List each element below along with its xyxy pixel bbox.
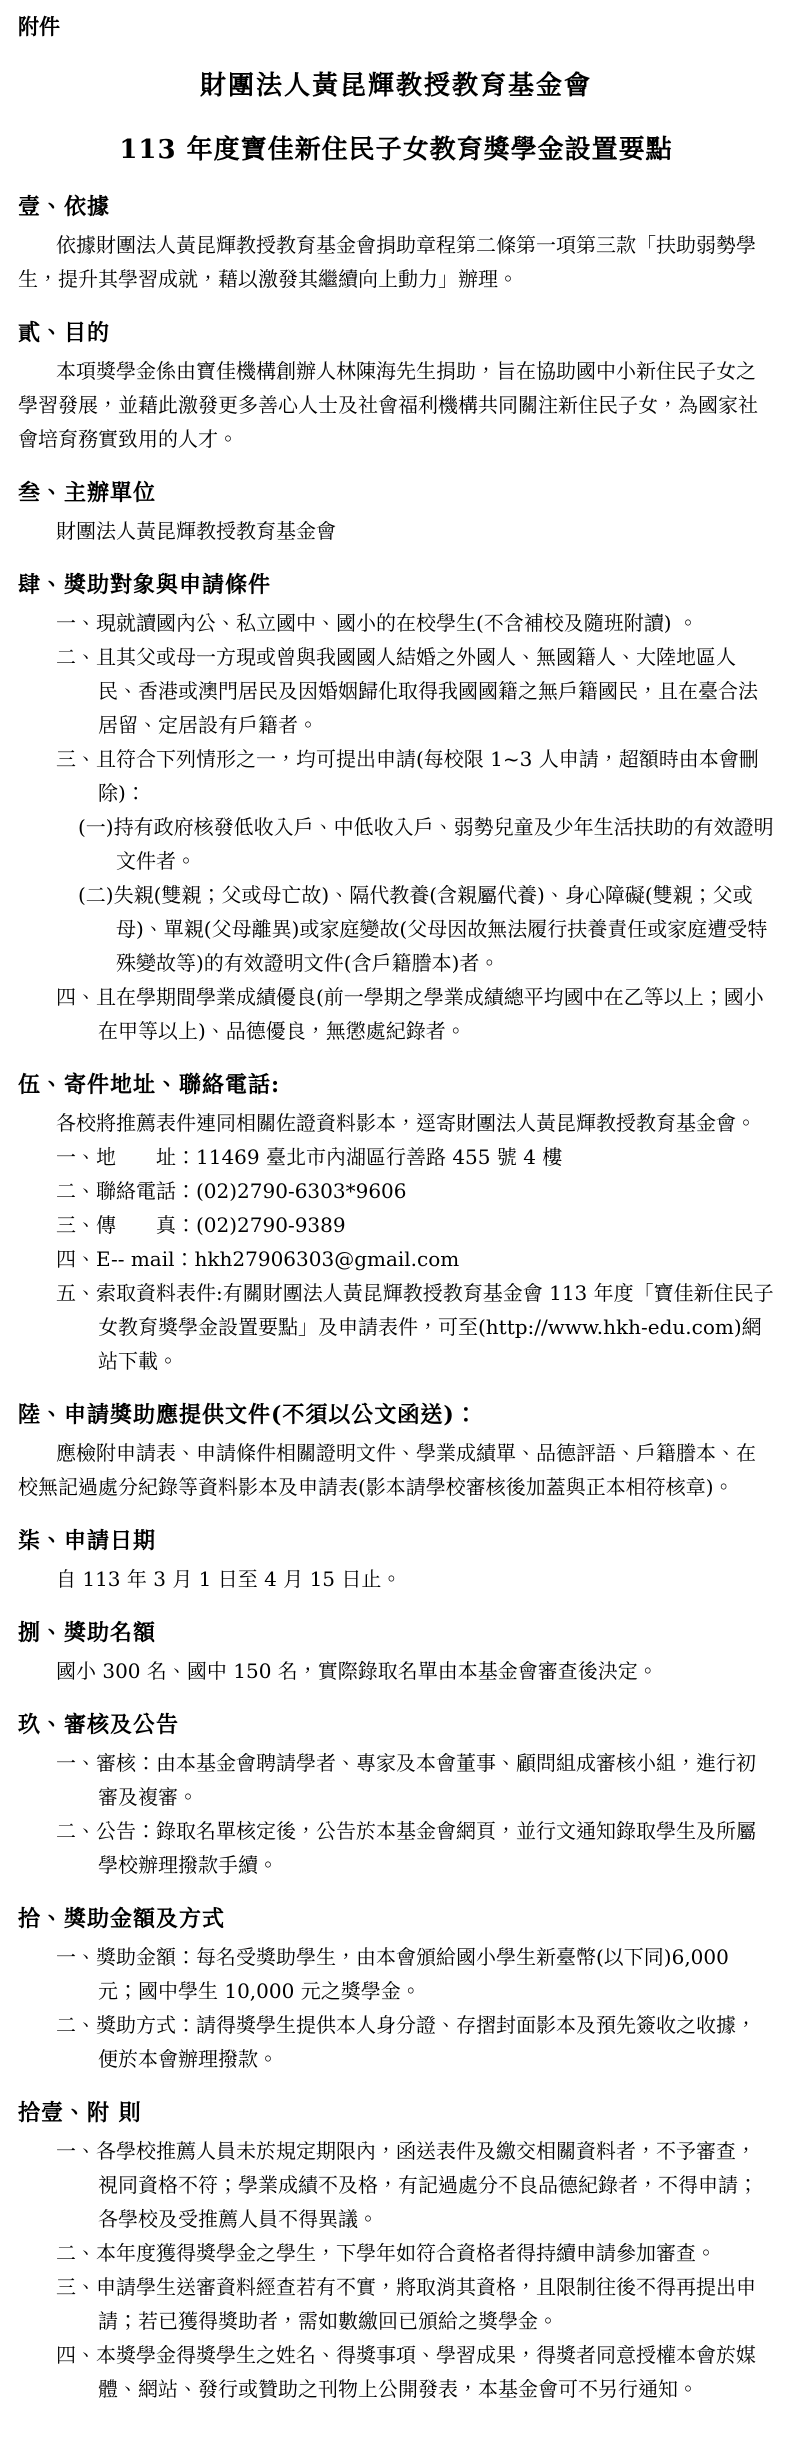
- paragraph: 依據財團法人黃昆輝教授教育基金會捐助章程第二條第一項第三款「扶助弱勢學生，提升其…: [18, 228, 774, 296]
- section-heading: 貳、目的: [18, 316, 774, 350]
- section-heading: 肆、獎助對象與申請條件: [18, 568, 774, 602]
- list-item: 二、本年度獲得獎學金之學生，下學年如符合資格者得持續申請參加審查。: [56, 2236, 774, 2270]
- list-item: 二、公告：錄取名單核定後，公告於本基金會網頁，並行文通知錄取學生及所屬學校辦理撥…: [56, 1814, 774, 1882]
- list-item: 一、地 址：11469 臺北市內湖區行善路 455 號 4 樓: [56, 1140, 774, 1174]
- section-heading: 玖、審核及公告: [18, 1708, 774, 1742]
- paragraph: 國小 300 名、國中 150 名，實際錄取名單由本基金會審查後決定。: [18, 1654, 774, 1688]
- list-item: 四、且在學期間學業成績優良(前一學期之學業成績總平均國中在乙等以上；國小在甲等以…: [56, 980, 774, 1048]
- list-item: 四、本獎學金得獎學生之姓名、得獎事項、學習成果，得獎者同意授權本會於媒體、網站、…: [56, 2338, 774, 2406]
- list-item: 一、獎助金額：每名受獎助學生，由本會頒給國小學生新臺幣(以下同)6,000 元；…: [56, 1940, 774, 2008]
- section-heading: 陸、申請獎助應提供文件(不須以公文函送)：: [18, 1398, 774, 1432]
- paragraph: 自 113 年 3 月 1 日至 4 月 15 日止。: [18, 1562, 774, 1596]
- sub-list-item: (一)持有政府核發低收入戶、中低收入戶、弱勢兒童及少年生活扶助的有效證明文件者。: [78, 810, 774, 878]
- list-item: 二、且其父或母一方現或曾與我國國人結婚之外國人、無國籍人、大陸地區人民、香港或澳…: [56, 640, 774, 742]
- document-body: 壹、依據依據財團法人黃昆輝教授教育基金會捐助章程第二條第一項第三款「扶助弱勢學生…: [18, 190, 774, 2406]
- sub-list-item: (二)失親(雙親；父或母亡故)、隔代教養(含親屬代養)、身心障礙(雙親；父或母)…: [78, 878, 774, 980]
- paragraph: 應檢附申請表、申請條件相關證明文件、學業成績單、品德評語、戶籍謄本、在校無記過處…: [18, 1436, 774, 1504]
- section-heading: 柒、申請日期: [18, 1524, 774, 1558]
- list-item: 三、傳 真：(02)2790-9389: [56, 1208, 774, 1242]
- section-heading: 拾壹、附 則: [18, 2096, 774, 2130]
- section-heading: 捌、獎助名額: [18, 1616, 774, 1650]
- paragraph: 本項獎學金係由寶佳機構創辦人林陳海先生捐助，旨在協助國中小新住民子女之學習發展，…: [18, 354, 774, 456]
- list-item: 一、各學校推薦人員未於規定期限內，函送表件及繳交相關資料者，不予審查，視同資格不…: [56, 2134, 774, 2236]
- list-item: 一、審核：由本基金會聘請學者、專家及本會董事、顧問組成審核小組，進行初審及複審。: [56, 1746, 774, 1814]
- list-item: 三、申請學生送審資料經查若有不實，將取消其資格，且限制往後不得再提出申請；若已獲…: [56, 2270, 774, 2338]
- section-heading: 壹、依據: [18, 190, 774, 224]
- list-item: 四、E-- mail：hkh27906303@gmail.com: [56, 1242, 774, 1276]
- list-item: 五、索取資料表件:有關財團法人黃昆輝教授教育基金會 113 年度「寶佳新住民子女…: [56, 1276, 774, 1378]
- section-heading: 拾、獎助金額及方式: [18, 1902, 774, 1936]
- document-title: 113 年度寶佳新住民子女教育獎學金設置要點: [18, 132, 774, 168]
- list-item: 三、且符合下列情形之一，均可提出申請(每校限 1~3 人申請，超額時由本會刪除)…: [56, 742, 774, 810]
- attachment-label: 附件: [18, 12, 774, 42]
- section-heading: 伍、寄件地址、聯絡電話:: [18, 1068, 774, 1102]
- paragraph: 財團法人黃昆輝教授教育基金會: [18, 514, 774, 548]
- organization-title: 財團法人黃昆輝教授教育基金會: [18, 68, 774, 104]
- paragraph: 各校將推薦表件連同相關佐證資料影本，逕寄財團法人黃昆輝教授教育基金會。: [18, 1106, 774, 1140]
- document-page: 附件 財團法人黃昆輝教授教育基金會 113 年度寶佳新住民子女教育獎學金設置要點…: [0, 0, 800, 2446]
- list-item: 一、現就讀國內公、私立國中、國小的在校學生(不含補校及隨班附讀) 。: [56, 606, 774, 640]
- list-item: 二、聯絡電話：(02)2790-6303*9606: [56, 1174, 774, 1208]
- list-item: 二、獎助方式：請得獎學生提供本人身分證、存摺封面影本及預先簽收之收據，便於本會辦…: [56, 2008, 774, 2076]
- section-heading: 叁、主辦單位: [18, 476, 774, 510]
